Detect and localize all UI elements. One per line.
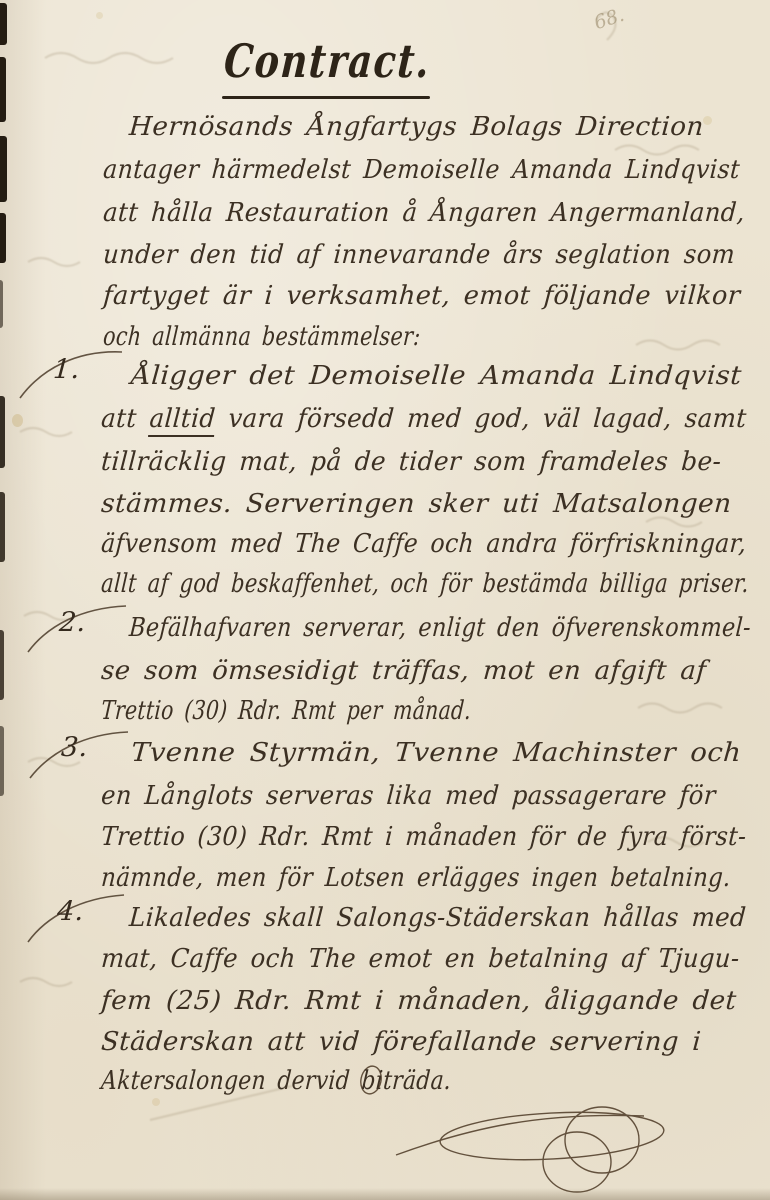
binding-edge-mark [0, 136, 7, 202]
document-title: Contract. [223, 44, 432, 78]
binding-edge-mark [0, 213, 6, 263]
clause-4-line-4: Städerskan att vid förefallande serverin… [100, 1025, 702, 1059]
paper-stain [152, 1098, 160, 1106]
clause-4-line-2: mat, Caffe och The emot en betalning af … [100, 942, 741, 976]
title-underline [222, 96, 430, 99]
underlined-word-alltid: alltid [148, 404, 216, 437]
clause-1-line-4: stämmes. Serveringen sker uti Matsalonge… [100, 487, 733, 521]
intro-line-2: antager härmedelst Demoiselle Amanda Lin… [102, 153, 741, 187]
intro-line-6: och allmänna bestämmelser: [102, 320, 422, 354]
clause-3-line-2: en Långlots serveras lika med passagerar… [100, 779, 717, 813]
clause-1-line-3: tillräcklig mat, på de tider som framdel… [100, 445, 723, 479]
manuscript-page: 68. Contract. Hernösands Ångfartygs Bola… [0, 0, 770, 1200]
intro-line-3: att hålla Restauration å Ångaren Angerma… [102, 196, 746, 230]
clause-4-line-5: Aktersalongen dervid biträda. [100, 1064, 452, 1098]
binding-edge-mark [0, 492, 5, 562]
clause-2-line-3: Trettio (30) Rdr. Rmt per månad. [100, 694, 472, 728]
clause-4-number: 4. [56, 895, 85, 929]
clause-4-line-1: Likaledes skall Salongs-Städerskan hålla… [128, 901, 747, 935]
intro-line-4: under den tid af innevarande års seglati… [102, 238, 736, 272]
binding-edge-mark [0, 726, 4, 796]
binding-edge-mark [0, 630, 4, 700]
clause-3-line-1: Tvenne Styrmän, Tvenne Machinster och [130, 736, 742, 770]
intro-line-1: Hernösands Ångfartygs Bolags Direction [128, 110, 705, 144]
intro-line-5: fartyget är i verksamhet, emot följande … [102, 279, 742, 313]
clause-3-number: 3. [60, 731, 89, 765]
paper-stain [96, 12, 103, 19]
clause-1-line-5: äfvensom med The Caffe och andra förfris… [100, 527, 748, 561]
binding-edge-mark [0, 280, 3, 328]
clause-1-line-2: att alltid vara försedd med god, väl lag… [100, 402, 748, 436]
clause-3-line-3: Trettio (30) Rdr. Rmt i månaden för de f… [100, 820, 748, 854]
clause-2-number: 2. [58, 606, 87, 640]
binding-edge-mark [0, 396, 5, 468]
pencil-page-number: 68. [591, 4, 627, 34]
clause-1-line-2-post: vara försedd med god, väl lagad, samt [214, 404, 747, 434]
clause-1-number: 1. [52, 353, 81, 387]
clause-2-line-1: Befälhafvaren serverar, enligt den öfver… [128, 611, 752, 645]
clause-1-line-2-pre: att [100, 404, 150, 434]
binding-edge-mark [0, 57, 6, 122]
clause-3-line-4: nämnde, men för Lotsen erlägges ingen be… [100, 861, 732, 895]
clause-1-line-6: allt af god beskaffenhet, och för bestäm… [100, 567, 750, 601]
clause-1-line-1: Åligger det Demoiselle Amanda Lindqvist [130, 359, 743, 393]
binding-edge-mark [0, 3, 7, 45]
clause-4-line-3: fem (25) Rdr. Rmt i månaden, åliggande d… [100, 984, 738, 1018]
clause-2-line-2: se som ömsesidigt träffas, mot en afgift… [100, 654, 707, 688]
